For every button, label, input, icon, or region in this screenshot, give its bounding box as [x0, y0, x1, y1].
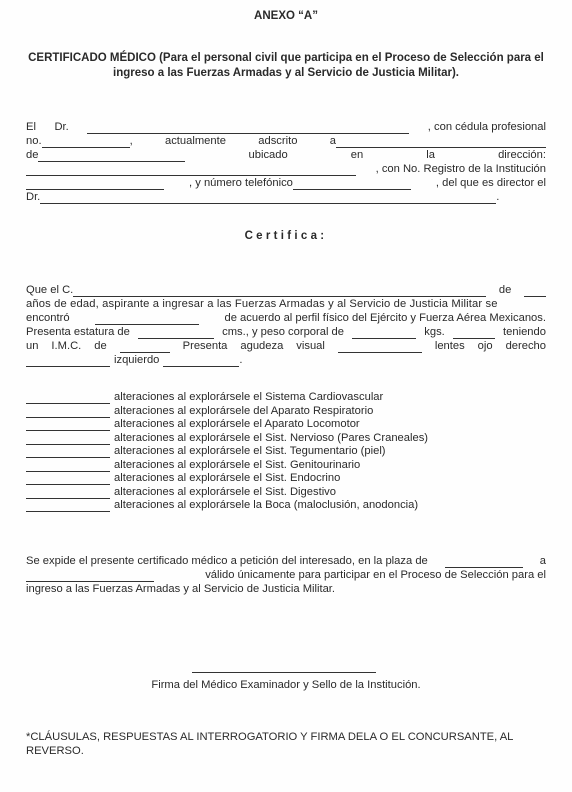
left-eye-field[interactable] [163, 356, 239, 367]
alteration-label: alteraciones al explorársele del Aparato… [114, 405, 373, 418]
alteration-label: alteraciones al explorársele el Sist. Te… [114, 445, 386, 458]
signature-label: Firma del Médico Examinador y Sello de l… [0, 679, 572, 691]
text: , [130, 135, 133, 148]
height-field[interactable] [138, 328, 214, 339]
alteration-label: alteraciones al explorársele el Sist. En… [114, 472, 340, 485]
text: Se expide el presente certificado médico… [26, 555, 428, 568]
text: ubicado [249, 149, 288, 162]
text: la [426, 149, 435, 162]
text: de [94, 340, 106, 353]
phone-field[interactable] [293, 179, 411, 190]
text: kgs. [424, 326, 445, 339]
visual-acuity-field[interactable] [338, 342, 422, 353]
alteration-answer-field[interactable] [26, 393, 110, 404]
closing-line-3: ingreso a las Fuerzas Armadas y al Servi… [26, 583, 546, 596]
text: , con No. Registro de la Institución [376, 163, 546, 176]
alteration-answer-field[interactable] [26, 434, 110, 445]
text: ojo [478, 340, 493, 353]
registro-field[interactable] [26, 179, 164, 190]
alteration-answer-field[interactable] [26, 474, 110, 485]
text: teniendo [503, 326, 546, 339]
text: Dr. [26, 191, 40, 204]
text: Dr. [54, 121, 68, 134]
body-line-3: encontró de acuerdo al perfil físico del… [26, 312, 546, 325]
text: válido únicamente para participar en el … [205, 569, 546, 582]
text: Presenta [183, 340, 228, 353]
weight-field[interactable] [352, 328, 416, 339]
signature-field[interactable] [192, 672, 376, 673]
alteration-item: alteraciones al explorársele el Sist. Ge… [26, 459, 360, 472]
alteration-item: alteraciones al explorársele el Sistema … [26, 391, 383, 404]
text: de [499, 284, 511, 297]
body-line-5: un I.M.C. de Presenta agudeza visual len… [26, 340, 546, 353]
intro-line-5: , y número telefónico , del que es direc… [26, 177, 546, 190]
text: izquierdo [114, 354, 159, 367]
alteration-answer-field[interactable] [26, 488, 110, 499]
imc-field[interactable] [120, 342, 170, 353]
text: encontró [26, 312, 70, 325]
document-page: ANEXO “A” CERTIFICADO MÉDICO (Para el pe… [0, 0, 572, 792]
footer-note: *CLÁUSULAS, RESPUESTAS AL INTERROGATORIO… [26, 730, 548, 758]
alteration-label: alteraciones al explorársele el Sistema … [114, 391, 383, 404]
alteration-label: alteraciones al explorársele el Sist. Ge… [114, 459, 360, 472]
text: de [26, 149, 38, 162]
text: El [26, 121, 36, 134]
intro-line-1: El Dr. , con cédula profesional [26, 121, 546, 134]
text: lentes [435, 340, 465, 353]
text: adscrito [258, 135, 297, 148]
alteration-item: alteraciones al explorársele el Sist. En… [26, 472, 340, 485]
alteration-item: alteraciones al explorársele la Boca (ma… [26, 499, 418, 512]
adscrito-field[interactable] [336, 137, 546, 148]
text: no. [26, 135, 42, 148]
alteration-answer-field[interactable] [26, 420, 110, 431]
alteration-answer-field[interactable] [26, 501, 110, 512]
body-line-6: izquierdo . [26, 354, 546, 367]
intro-line-4: , con No. Registro de la Institución [26, 163, 546, 176]
alteration-answer-field[interactable] [26, 447, 110, 458]
imc-status-field[interactable] [453, 328, 495, 339]
doctor-name-field[interactable] [87, 123, 409, 134]
text: Presenta estatura de [26, 326, 130, 339]
closing-line-1: Se expide el presente certificado médico… [26, 555, 546, 568]
alteration-answer-field[interactable] [26, 461, 110, 472]
alteration-answer-field[interactable] [26, 407, 110, 418]
text: años de edad, aspirante a ingresar a las… [26, 298, 498, 311]
annex-title: ANEXO “A” [0, 10, 572, 22]
alteration-item: alteraciones al explorársele el Sist. Di… [26, 486, 336, 499]
text: actualmente [165, 135, 226, 148]
text: , del que es director el [436, 177, 546, 190]
alteration-label: alteraciones al explorársele la Boca (ma… [114, 499, 418, 512]
certifica-label: Certifica: [0, 230, 572, 242]
text: . [496, 191, 499, 204]
alteration-item: alteraciones al explorársele el Sist. Te… [26, 445, 386, 458]
text: I.M.C. [51, 340, 81, 353]
intro-line-3: de ubicado en la dirección: [26, 149, 546, 162]
alteration-item: alteraciones al explorársele el Sist. Ne… [26, 432, 428, 445]
body-line-2: años de edad, aspirante a ingresar a las… [26, 298, 546, 311]
text: un [26, 340, 38, 353]
cedula-field[interactable] [42, 137, 130, 148]
text: cms., y peso corporal de [222, 326, 344, 339]
text: Que el C. [26, 284, 73, 297]
alteration-item: alteraciones al explorársele del Aparato… [26, 405, 373, 418]
certificate-heading: CERTIFICADO MÉDICO (Para el personal civ… [26, 51, 546, 80]
director-name-field[interactable] [40, 193, 496, 204]
text: . [239, 354, 242, 367]
intro-line-6: Dr. . [26, 191, 546, 204]
body-line-1: Que el C. de [26, 284, 546, 297]
right-eye-field[interactable] [26, 356, 110, 367]
text: agudeza [240, 340, 283, 353]
text: de acuerdo al perfil físico del Ejército… [224, 312, 546, 325]
alteration-label: alteraciones al explorársele el Sist. Ne… [114, 432, 428, 445]
text: dirección: [498, 149, 546, 162]
address-field[interactable] [26, 165, 356, 176]
age-field[interactable] [524, 286, 546, 297]
applicant-name-field[interactable] [73, 286, 486, 297]
intro-line-2: no. , actualmente adscrito a [26, 135, 546, 148]
text: a [540, 555, 546, 568]
text: , y número telefónico [189, 177, 293, 190]
date-field[interactable] [26, 571, 154, 582]
status-field[interactable] [95, 314, 199, 325]
alteration-label: alteraciones al explorársele el Sist. Di… [114, 486, 336, 499]
closing-line-2: válido únicamente para participar en el … [26, 569, 546, 582]
institution-field[interactable] [38, 151, 185, 162]
body-line-4: Presenta estatura de cms., y peso corpor… [26, 326, 546, 339]
text: , con cédula profesional [428, 121, 546, 134]
plaza-field[interactable] [445, 557, 523, 568]
text: visual [296, 340, 325, 353]
text: en [351, 149, 363, 162]
text: derecho [506, 340, 546, 353]
text: ingreso a las Fuerzas Armadas y al Servi… [26, 583, 335, 596]
alteration-item: alteraciones al explorársele el Aparato … [26, 418, 360, 431]
alteration-label: alteraciones al explorársele el Aparato … [114, 418, 360, 431]
